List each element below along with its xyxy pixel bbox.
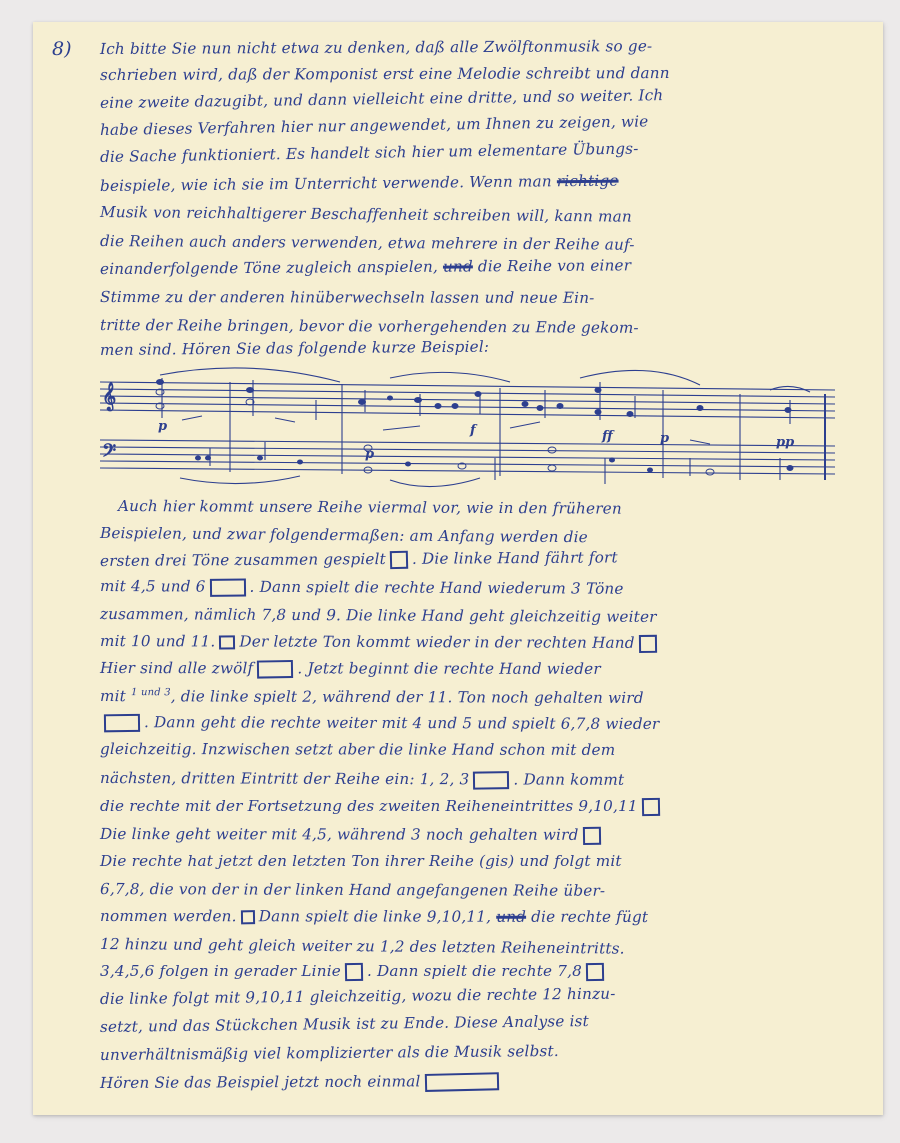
text-span: . Dann spielt die rechte Hand wiederum 3… [250, 578, 624, 598]
svg-text:p: p [660, 431, 669, 446]
insertion-note: 1 und 3 [131, 687, 171, 698]
text-line: . Dann geht die rechte weiter mit 4 und … [100, 713, 860, 735]
text-span: . Jetzt beginnt die rechte Hand wieder [297, 659, 600, 678]
text-line: mit 4,5 und 6. Dann spielt die rechte Ha… [100, 577, 860, 600]
treble-staff [100, 382, 835, 418]
text-span: . Die linke Hand fährt fort [412, 548, 618, 567]
text-span: sind alle zwölf [140, 659, 253, 677]
text-span: Die linke geht weiter mit 4,5, während 3… [100, 825, 579, 844]
text-line: Hören Sie das Beispiel jetzt noch einmal [100, 1070, 860, 1093]
text-span: ersten drei Töne zusammen gespielt [100, 550, 386, 570]
text-line: die rechte mit der Fortsetzung des zweit… [100, 797, 860, 816]
text-span: . Dann kommt [513, 770, 624, 788]
text-span: Dann spielt die linke 9,10,11, [259, 907, 492, 925]
text-span: mit 4,5 und 6 [100, 577, 206, 596]
text-span: mit [100, 687, 126, 705]
struck-word: und [443, 257, 473, 275]
text-line: gleichzeitig. Inzwischen setzt aber die … [100, 740, 860, 759]
text-line: nommen werden.Dann spielt die linke 9,10… [100, 907, 860, 926]
bass-clef-icon: 𝄢 [102, 440, 117, 466]
audio-example-box[interactable] [104, 714, 140, 733]
audio-example-box[interactable] [424, 1072, 498, 1092]
svg-text:p: p [158, 419, 167, 434]
audio-example-box[interactable] [209, 578, 245, 596]
svg-text:pp: pp [776, 435, 794, 450]
text-span: . Dann spielt die rechte 7,8 [367, 962, 582, 980]
audio-example-box[interactable] [390, 551, 408, 569]
text-span: Hier [100, 659, 135, 677]
struck-word: und [496, 908, 526, 926]
text-span: die Reihe von einer [478, 256, 631, 275]
audio-example-box[interactable] [642, 798, 660, 816]
text-span: . Dann geht die rechte weiter mit 4 und … [144, 713, 659, 733]
text-line: mit 10 und 11.Der letzte Ton kommt wiede… [100, 632, 860, 654]
text-line: mit 1 und 3, die linke spielt 2, während… [100, 687, 860, 708]
svg-text:ff: ff [601, 429, 615, 444]
audio-example-box[interactable] [345, 963, 363, 981]
svg-text:f: f [469, 423, 478, 438]
audio-example-box[interactable] [586, 963, 604, 981]
text-span: 11. [191, 632, 216, 650]
text-span: nächsten, dritten Eintritt der Reihe ein… [100, 769, 469, 788]
audio-example-box[interactable] [241, 910, 255, 924]
text-line: Die rechte hat jetzt den letzten Ton ihr… [100, 852, 860, 870]
audio-example-box[interactable] [582, 827, 600, 845]
audio-example-box[interactable] [639, 635, 657, 653]
text-span: Der letzte Ton kommt wieder in der recht… [239, 632, 634, 651]
struck-word: richtige [557, 172, 619, 191]
text-span: , die linke spielt 2, während der 11. To… [171, 687, 644, 707]
text-span: Hören Sie das Beispiel jetzt noch einmal [100, 1072, 421, 1092]
text-line: nächsten, dritten Eintritt der Reihe ein… [100, 769, 860, 791]
svg-text:p: p [365, 447, 374, 462]
audio-example-box[interactable] [219, 635, 235, 649]
text-line: Die linke geht weiter mit 4,5, während 3… [100, 825, 860, 845]
text-span: nommen werden. [100, 907, 237, 925]
audio-example-box[interactable] [473, 771, 509, 790]
text-line: 6,7,8, die von der in der linken Hand an… [100, 880, 860, 901]
text-line: Stimme zu der anderen hinüberwechseln la… [100, 288, 860, 307]
text-span: die rechte mit der Fortsetzung des zweit… [100, 797, 638, 815]
page-number: 8) [52, 38, 72, 60]
text-span: die rechte fügt [531, 908, 648, 926]
text-line: 3,4,5,6 folgen in gerader Linie. Dann sp… [100, 962, 860, 981]
text-span: 3,4,5,6 folgen in gerader Linie [100, 962, 341, 980]
audio-example-box[interactable] [257, 660, 293, 679]
text-span: einanderfolgende Töne zugleich anspielen… [100, 258, 438, 278]
treble-clef-icon: 𝄞 [102, 381, 116, 412]
text-line: Hier sind alle zwölf. Jetzt beginnt die … [100, 659, 860, 679]
text-line: schrieben wird, daß der Komponist erst e… [100, 63, 860, 84]
music-score: 𝄞 𝄢 p f p ff p pp [90, 360, 850, 490]
text-span: mit 10 und [100, 632, 186, 650]
